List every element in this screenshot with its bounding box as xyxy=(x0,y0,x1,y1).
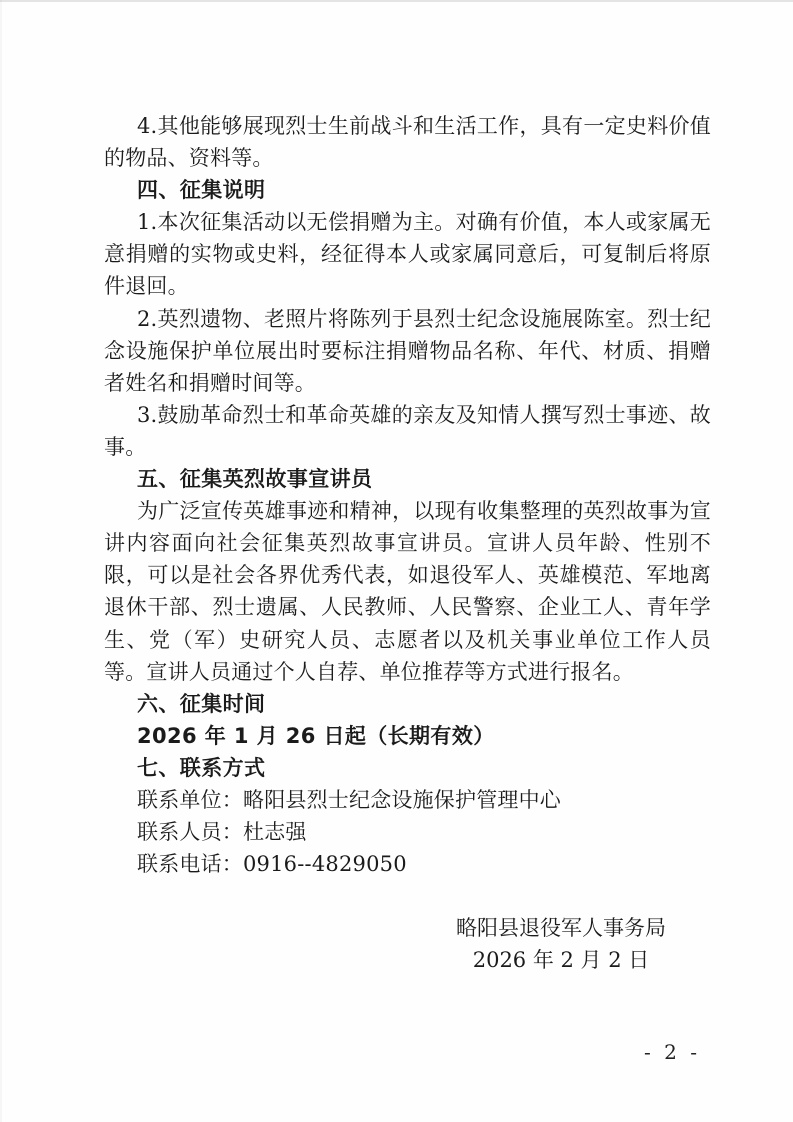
para-other-items: 4.其他能够展现烈士生前战斗和生活工作，具有一定史料价值的物品、资料等。 xyxy=(104,110,711,174)
document-body: 4.其他能够展现烈士生前战斗和生活工作，具有一定史料价值的物品、资料等。 四、征… xyxy=(104,110,711,880)
para-storyteller-details: 为广泛宣传英雄事迹和精神，以现有收集整理的英烈故事为宣讲内容面向社会征集英烈故事… xyxy=(104,495,711,688)
heading-collection-time: 六、征集时间 xyxy=(104,688,711,720)
heading-storyteller-recruitment: 五、征集英烈故事宣讲员 xyxy=(104,463,711,495)
para-contact-unit: 联系单位：略阳县烈士纪念设施保护管理中心 xyxy=(104,784,711,816)
signature-issuer: 略阳县退役军人事务局 xyxy=(455,912,667,944)
page-number: - 2 - xyxy=(644,1040,698,1064)
signature-block: 略阳县退役军人事务局 2026 年 2 月 2 日 xyxy=(455,912,667,976)
para-contact-person: 联系人员：杜志强 xyxy=(104,816,711,848)
para-note-3: 3.鼓励革命烈士和革命英雄的亲友及知情人撰写烈士事迹、故事。 xyxy=(104,399,711,463)
para-contact-phone: 联系电话：0916--4829050 xyxy=(104,848,711,880)
document-page: 4.其他能够展现烈士生前战斗和生活工作，具有一定史料价值的物品、资料等。 四、征… xyxy=(0,0,793,1122)
para-note-1: 1.本次征集活动以无偿捐赠为主。对确有价值，本人或家属无意捐赠的实物或史料，经征… xyxy=(104,206,711,302)
para-collection-start-date: 2026 年 1 月 26 日起（长期有效） xyxy=(104,720,711,752)
signature-date: 2026 年 2 月 2 日 xyxy=(455,944,667,976)
heading-collection-notes: 四、征集说明 xyxy=(104,174,711,206)
para-note-2: 2.英烈遗物、老照片将陈列于县烈士纪念设施展陈室。烈士纪念设施保护单位展出时要标… xyxy=(104,303,711,399)
heading-contact-info: 七、联系方式 xyxy=(104,752,711,784)
